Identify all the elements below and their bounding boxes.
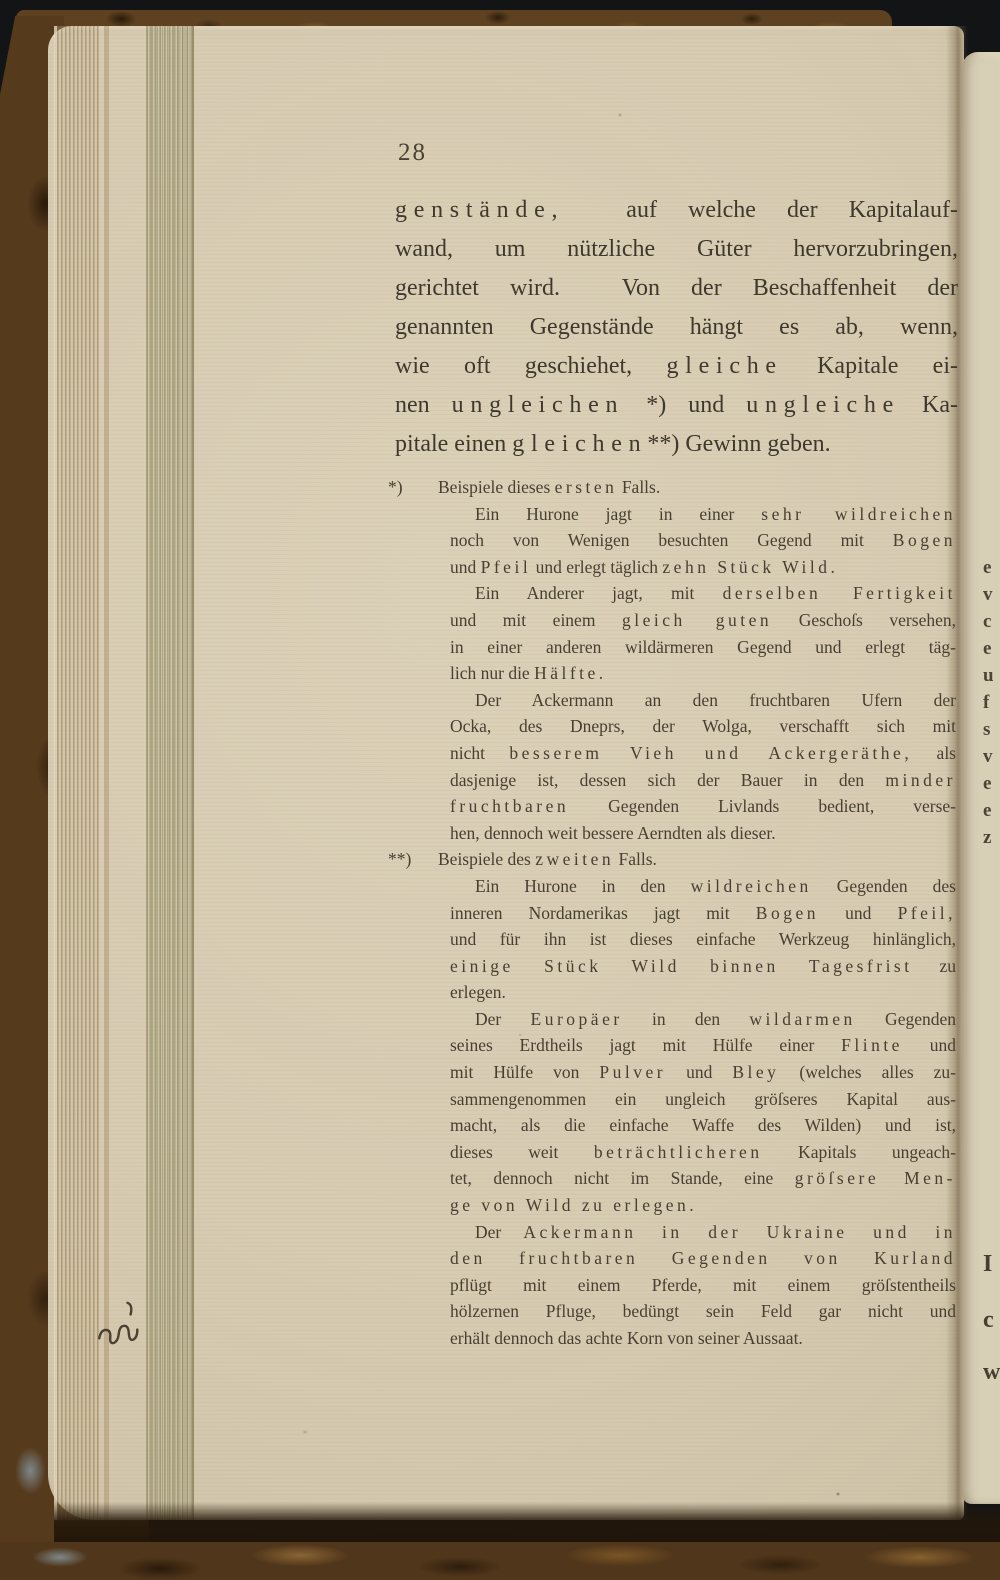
body-text: in den: [623, 1009, 750, 1029]
edge-letter-fragment: e: [983, 639, 991, 658]
emphasized-text: Hälfte.: [534, 663, 607, 683]
text-line: erhält dennoch das achte Korn von seiner…: [450, 1325, 956, 1352]
body-text: dasjenige ist, dessen sich der Bauer in …: [450, 770, 885, 790]
edge-letter-fragment: f: [983, 693, 989, 712]
text-line: nicht besserem Vieh und Ackergeräthe, al…: [450, 740, 956, 767]
text-line: Der Europäer in den wildarmen Gegenden: [450, 1006, 956, 1033]
edge-letter-fragment: w: [983, 1360, 1000, 1384]
body-text: Kapitale ei-: [783, 353, 958, 379]
edge-letter-fragment: z: [983, 828, 991, 847]
emphasized-text: sehr wildreichen: [761, 504, 956, 524]
body-text: nicht: [450, 743, 509, 763]
text-line: dasjenige ist, dessen sich der Bauer in …: [450, 767, 956, 794]
footnote-marker: *): [400, 474, 446, 501]
emphasized-text: einige Stück Wild binnen Tagesfrist: [450, 956, 913, 976]
text-line: genstände, auf welche der Kapitalauf-: [395, 191, 958, 230]
edge-letter-fragment: I: [983, 1252, 992, 1276]
text-line: Der Ackermann in der Ukraine und in: [450, 1219, 956, 1246]
body-text: Gegenden Livlands bedient, verse-: [569, 796, 956, 816]
main-paragraph: genstände, auf welche der Kapitalauf-wan…: [395, 191, 958, 464]
emphasized-text: den fruchtbaren Gegenden von Kurland: [450, 1248, 956, 1268]
emphasized-text: wildarmen: [749, 1009, 855, 1029]
text-line: inneren Nordamerikas jagt mit Bogen und …: [450, 900, 956, 927]
text-line: lich nur die Hälfte.: [450, 660, 956, 687]
body-text: Gegenden: [856, 1009, 956, 1029]
body-text: Beispiele des: [438, 849, 535, 869]
body-text: dieses weit: [450, 1142, 594, 1162]
body-text: als: [912, 743, 956, 763]
body-text: hölzernen Pfluge, bedüngt sein Feld gar …: [450, 1301, 956, 1321]
text-line: sammengenommen ein ungleich gröſseres Ka…: [450, 1086, 956, 1113]
body-text: pitale einen: [395, 431, 512, 457]
body-text: **) Gewinn geben.: [647, 431, 830, 457]
body-text: auf welche der Kapitalauf-: [564, 197, 958, 223]
body-text: sammengenommen ein ungleich gröſseres Ka…: [450, 1089, 956, 1109]
emphasized-text: minder: [885, 770, 956, 790]
body-text: Der: [475, 1009, 531, 1029]
body-text: und: [450, 557, 481, 577]
emphasized-text: besserem Vieh und Ackergeräthe,: [509, 743, 912, 763]
body-text: zu: [913, 956, 956, 976]
body-text: inneren Nordamerikas jagt mit: [450, 903, 756, 923]
body-text: und: [666, 1062, 732, 1082]
page-edge-stripe-line: [104, 26, 109, 1520]
body-text: *) und: [624, 392, 746, 418]
body-text: seines Erdtheils jagt mit Hülfe einer: [450, 1035, 841, 1055]
emphasized-text: wildreichen: [691, 876, 812, 896]
text-line: hen, dennoch weit bessere Aerndten als d…: [450, 820, 956, 847]
text-line: macht, als die einfache Waffe des Wilden…: [450, 1112, 956, 1139]
edge-letter-fragment: e: [983, 558, 991, 577]
text-line: Der Ackermann an den fruchtbaren Ufern d…: [450, 687, 956, 714]
body-text: noch von Wenigen besuchten Gegend mit: [450, 530, 893, 550]
text-line: fruchtbaren Gegenden Livlands bedient, v…: [450, 793, 956, 820]
emphasized-text: zweiten: [535, 849, 614, 869]
emphasized-text: Bogen: [756, 903, 819, 923]
text-line: wand, um nützliche Güter hervorzubringen…: [395, 230, 958, 269]
text-line: und Pfeil und erlegt täglich zehn Stück …: [450, 554, 956, 581]
emphasized-text: Europäer: [531, 1009, 623, 1029]
emphasized-text: Ackermann in der Ukraine und in: [523, 1222, 956, 1242]
body-text: Der Ackermann an den fruchtbaren Ufern d…: [475, 690, 956, 710]
emphasized-text: derselben Fertigkeit: [723, 583, 956, 603]
footnotes-block: *)Beispiele dieses ersten Falls.Ein Huro…: [450, 474, 956, 1352]
text-line: noch von Wenigen besuchten Gegend mit Bo…: [450, 527, 956, 554]
facing-page-edge: evceufsveezIcw: [962, 52, 1000, 1504]
emphasized-text: fruchtbaren: [450, 796, 569, 816]
text-line: mit Hülfe von Pulver und Bley (welches a…: [450, 1059, 956, 1086]
book-cover-bottom-edge: [0, 1542, 1000, 1580]
text-line: Ein Hurone in den wildreichen Gegenden d…: [450, 873, 956, 900]
body-text: Ka-: [900, 392, 958, 418]
edge-letter-fragment: v: [983, 585, 993, 604]
page-edge-stripes-outer: [54, 26, 99, 1520]
body-text: und erlegt täglich: [531, 557, 662, 577]
emphasized-text: Pulver: [599, 1062, 666, 1082]
body-text: und: [819, 903, 898, 923]
body-text: Falls.: [614, 849, 657, 869]
text-line: tet, dennoch nicht im Stande, eine gröſs…: [450, 1165, 956, 1192]
body-text: Kapitals ungeach-: [763, 1142, 956, 1162]
text-line: nen ungleichen *) und ungleiche Ka-: [395, 386, 958, 425]
emphasized-text: Pfeil: [481, 557, 532, 577]
body-text: erlegen.: [450, 982, 506, 1002]
body-text: pflügt mit einem Pferde, mit einem gröſs…: [450, 1275, 956, 1295]
edge-letter-fragment: e: [983, 801, 991, 820]
body-text: Gegenden des: [812, 876, 956, 896]
handwriting-mark: [87, 1295, 158, 1363]
emphasized-text: Flinte: [841, 1035, 903, 1055]
text-line: einige Stück Wild binnen Tagesfrist zu: [450, 953, 956, 980]
text-line: gerichtet wird. Von der Beschaffenheit d…: [395, 269, 958, 308]
emphasized-text: Pfeil,: [898, 903, 956, 923]
emphasized-text: Bley: [732, 1062, 779, 1082]
text-line: genannten Gegenstände hängt es ab, wenn,: [395, 308, 958, 347]
body-text: mit Hülfe von: [450, 1062, 599, 1082]
emphasized-text: ersten: [555, 477, 618, 497]
body-text: genannten Gegenstände hängt es ab, wenn,: [395, 314, 958, 340]
page-number: 28: [398, 139, 427, 167]
text-line: dieses weit beträchtlicheren Kapitals un…: [450, 1139, 956, 1166]
body-text: Geschoſs versehen,: [772, 610, 956, 630]
scanned-book-page: evceufsveezIcw 28 genstände, auf welche …: [0, 0, 1000, 1580]
body-text: Ein Hurone jagt in einer: [475, 504, 761, 524]
body-text: und: [903, 1035, 956, 1055]
emphasized-text: beträchtlicheren: [594, 1142, 763, 1162]
body-text: hen, dennoch weit bessere Aerndten als d…: [450, 823, 776, 843]
text-line: und mit einem gleich guten Geschoſs vers…: [450, 607, 956, 634]
body-text: erhält dennoch das achte Korn von seiner…: [450, 1328, 803, 1348]
emphasized-text: Bogen: [893, 530, 956, 550]
text-line: erlegen.: [450, 979, 956, 1006]
text-line: in einer anderen wildärmeren Gegend und …: [450, 634, 956, 661]
body-text: macht, als die einfache Waffe des Wilden…: [450, 1115, 956, 1135]
emphasized-text: gröſsere Men-: [795, 1168, 956, 1188]
text-line: hölzernen Pfluge, bedüngt sein Feld gar …: [450, 1298, 956, 1325]
edge-letter-fragment: u: [983, 666, 994, 685]
text-line: *)Beispiele dieses ersten Falls.: [450, 474, 956, 501]
body-text: Falls.: [617, 477, 660, 497]
body-text: lich nur die: [450, 663, 534, 683]
body-text: tet, dennoch nicht im Stande, eine: [450, 1168, 795, 1188]
body-text: und mit einem: [450, 610, 622, 630]
text-line: Ocka, des Dneprs, der Wolga, verschafft …: [450, 713, 956, 740]
text-line: ge von Wild zu erlegen.: [450, 1192, 956, 1219]
edge-letter-fragment: c: [983, 612, 991, 631]
edge-letter-fragment: e: [983, 774, 991, 793]
emphasized-text: gleichen: [512, 431, 647, 457]
body-text: Beispiele dieses: [438, 477, 555, 497]
edge-letter-fragment: c: [983, 1308, 994, 1332]
page-edge-stripes-inner: [146, 26, 194, 1520]
emphasized-text: genstände,: [395, 197, 564, 223]
body-text: wie oft geschiehet,: [395, 353, 666, 379]
emphasized-text: ge von Wild zu erlegen.: [450, 1195, 697, 1215]
text-line: seines Erdtheils jagt mit Hülfe einer Fl…: [450, 1032, 956, 1059]
body-text: Ein Hurone in den: [475, 876, 691, 896]
emphasized-text: zehn Stück Wild.: [662, 557, 838, 577]
body-text: Ein Anderer jagt, mit: [475, 583, 723, 603]
emphasized-text: ungleiche: [746, 392, 900, 418]
text-line: und für ihn ist dieses einfache Werkzeug…: [450, 926, 956, 953]
emphasized-text: ungleichen: [452, 392, 625, 418]
edge-letter-fragment: v: [983, 747, 993, 766]
emphasized-text: gleiche: [666, 353, 782, 379]
text-line: pitale einen gleichen**) Gewinn geben.: [395, 425, 958, 464]
edge-letter-fragment: s: [983, 720, 990, 739]
body-text: wand, um nützliche Güter hervorzubringen…: [395, 236, 958, 262]
body-text: Ocka, des Dneprs, der Wolga, verschafft …: [450, 716, 956, 736]
footnote-marker: **): [400, 846, 446, 873]
body-text: und für ihn ist dieses einfache Werkzeug…: [450, 929, 956, 949]
text-line: pflügt mit einem Pferde, mit einem gröſs…: [450, 1272, 956, 1299]
body-text: in einer anderen wildärmeren Gegend und …: [450, 637, 956, 657]
body-text: (welches alles zu-: [779, 1062, 956, 1082]
text-line: **)Beispiele des zweiten Falls.: [450, 846, 956, 873]
body-text: gerichtet wird. Von der Beschaffenheit d…: [395, 275, 958, 301]
text-line: Ein Anderer jagt, mit derselben Fertigke…: [450, 580, 956, 607]
emphasized-text: gleich guten: [622, 610, 772, 630]
text-line: wie oft geschiehet, gleiche Kapitale ei-: [395, 347, 958, 386]
body-text: nen: [395, 392, 452, 418]
text-line: den fruchtbaren Gegenden von Kurland: [450, 1245, 956, 1272]
body-text: Der: [475, 1222, 523, 1242]
text-line: Ein Hurone jagt in einer sehr wildreiche…: [450, 501, 956, 528]
